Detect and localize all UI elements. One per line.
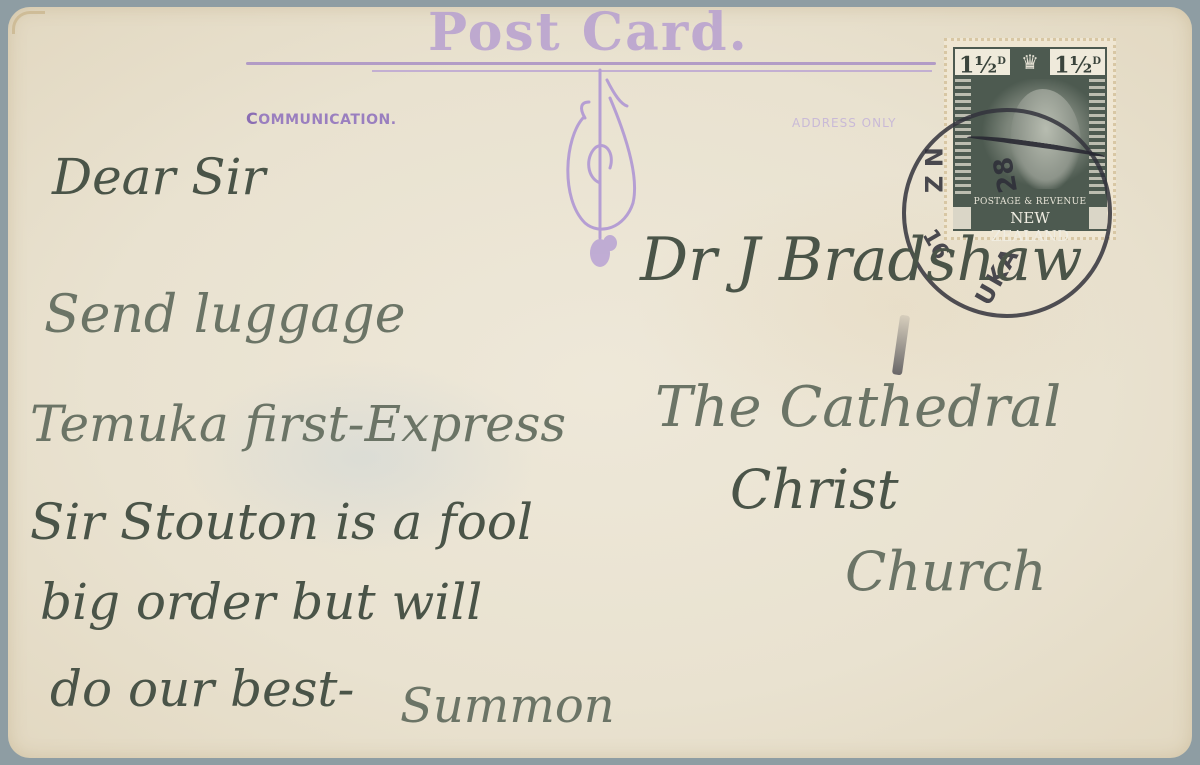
communication-label: COMMUNICATION. — [246, 109, 397, 128]
address-line: The Cathedral — [655, 375, 1061, 440]
postcard-title: Post Card. — [428, 2, 749, 63]
header-rule — [246, 62, 936, 65]
divider-ornament-icon — [555, 68, 645, 288]
message-line: Temuka first-Express — [30, 395, 566, 453]
address-line: Church — [845, 540, 1047, 603]
postmark-date: 28 — [988, 155, 1024, 196]
message-line: Send luggage — [44, 285, 405, 345]
worn-corner — [12, 11, 45, 34]
postmark-nz: N Z — [919, 147, 947, 193]
address-only-label: ADDRESS ONLY — [792, 116, 897, 130]
address-line: Dr J Bradshaw — [640, 225, 1083, 295]
stamp-denomination-left: 1½D — [955, 49, 1010, 75]
message-line: Sir Stouton is a fool — [30, 493, 533, 551]
crown-icon: ♛ — [1021, 50, 1039, 75]
address-line: Christ — [730, 458, 899, 521]
communication-text: OMMUNICATION. — [258, 112, 396, 128]
stamp-denomination-right: 1½D — [1050, 49, 1105, 75]
message-line: big order but will — [40, 573, 482, 631]
message-signature: Summon — [400, 678, 615, 734]
header-rule-secondary — [372, 70, 932, 72]
message-line: Dear Sir — [52, 148, 265, 206]
communication-initial: C — [246, 109, 258, 128]
message-line: do our best- — [50, 660, 354, 718]
